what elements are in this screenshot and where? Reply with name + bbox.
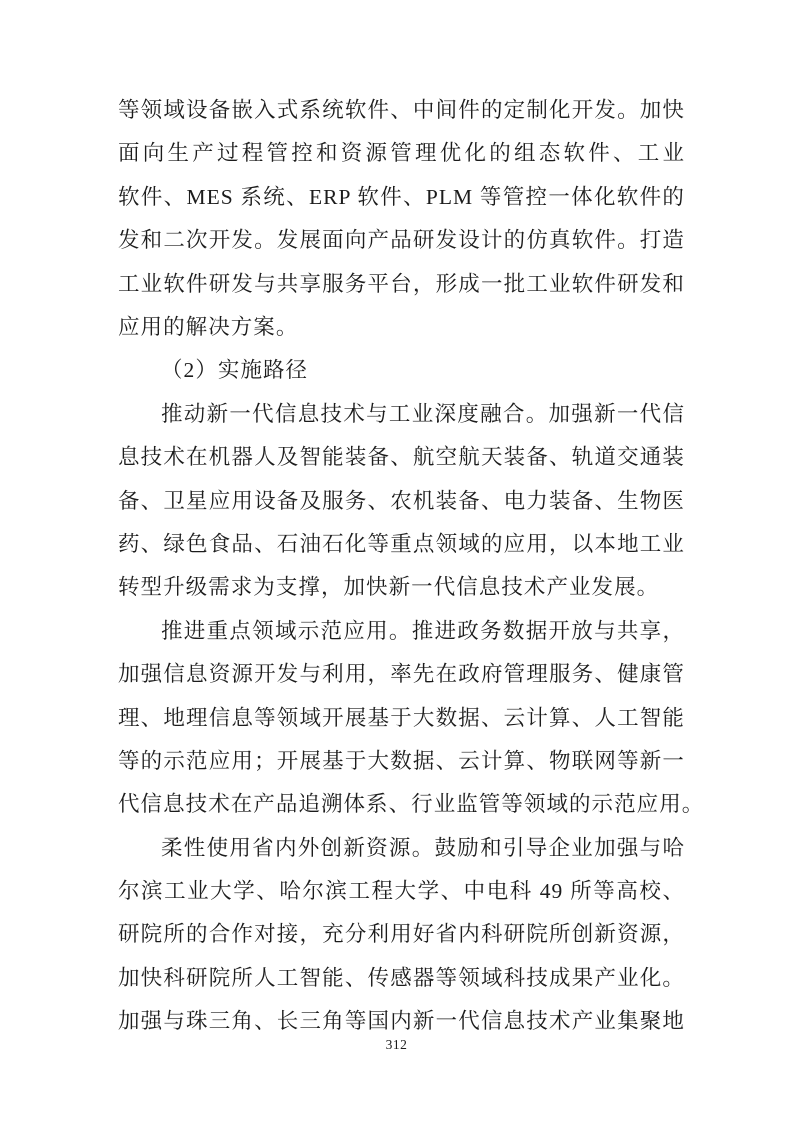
text-line: 工业软件研发与共享服务平台，形成一批工业软件研发和 (118, 263, 685, 306)
text-line: 等领域设备嵌入式系统软件、中间件的定制化开发。加快 (118, 89, 685, 132)
text-line: 推进重点领域示范应用。推进政务数据开放与共享， (118, 610, 685, 653)
paragraph: 推动新一代信息技术与工业深度融合。加强新一代信 息技术在机器人及智能装备、航空航… (118, 393, 685, 610)
text-line: 等的示范应用；开展基于大数据、云计算、物联网等新一 (118, 740, 685, 783)
text-line: 理、地理信息等领域开展基于大数据、云计算、人工智能 (118, 697, 685, 740)
paragraph: 推进重点领域示范应用。推进政务数据开放与共享， 加强信息资源开发与利用，率先在政… (118, 610, 685, 827)
text-block: 等领域设备嵌入式系统软件、中间件的定制化开发。加快 面向生产过程管控和资源管理优… (118, 89, 685, 1044)
text-line: 备、卫星应用设备及服务、农机装备、电力装备、生物医 (118, 480, 685, 523)
text-line: 发和二次开发。发展面向产品研发设计的仿真软件。打造 (118, 219, 685, 262)
text-line: 研院所的合作对接，充分利用好省内科研院所创新资源， (118, 913, 685, 956)
text-line: 应用的解决方案。 (118, 306, 685, 349)
text-line: 柔性使用省内外创新资源。鼓励和引导企业加强与哈 (118, 827, 685, 870)
text-line: 加强信息资源开发与利用，率先在政府管理服务、健康管 (118, 653, 685, 696)
document-page: 等领域设备嵌入式系统软件、中间件的定制化开发。加快 面向生产过程管控和资源管理优… (0, 0, 793, 1122)
subheading: （2）实施路径 (118, 349, 685, 392)
text-line: （2）实施路径 (118, 349, 685, 392)
text-line: 代信息技术在产品追溯体系、行业监管等领域的示范应用。 (118, 783, 685, 826)
page-number: 312 (0, 1036, 793, 1054)
text-line: 尔滨工业大学、哈尔滨工程大学、中电科 49 所等高校、科 (118, 870, 685, 913)
text-line: 推动新一代信息技术与工业深度融合。加强新一代信 (118, 393, 685, 436)
text-line: 息技术在机器人及智能装备、航空航天装备、轨道交通装 (118, 436, 685, 479)
text-line: 加快科研院所人工智能、传感器等领域科技成果产业化。 (118, 957, 685, 1000)
paragraph: 柔性使用省内外创新资源。鼓励和引导企业加强与哈 尔滨工业大学、哈尔滨工程大学、中… (118, 827, 685, 1044)
text-line: 药、绿色食品、石油石化等重点领域的应用，以本地工业 (118, 523, 685, 566)
text-line: 软件、MES 系统、ERP 软件、PLM 等管控一体化软件的研 (118, 176, 685, 219)
paragraph: 等领域设备嵌入式系统软件、中间件的定制化开发。加快 面向生产过程管控和资源管理优… (118, 89, 685, 349)
text-line: 面向生产过程管控和资源管理优化的组态软件、工业 APP (118, 132, 685, 175)
text-line: 转型升级需求为支撑，加快新一代信息技术产业发展。 (118, 566, 685, 609)
